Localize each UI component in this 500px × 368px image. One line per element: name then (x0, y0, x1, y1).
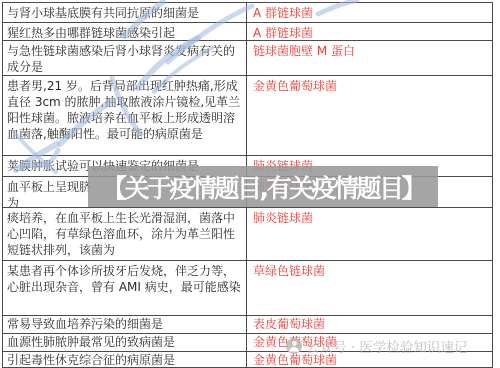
question-cell: 常易导致血培养污染的细菌是 (3, 316, 247, 333)
table-row: 某患者再个体诊所拔牙后发烧，伴乏力等，心脏出现杂音，曾有 AMI 病史，最可能感… (3, 261, 492, 316)
question-cell: 某患者再个体诊所拔牙后发烧，伴乏力等，心脏出现杂音，曾有 AMI 病史，最可能感… (3, 261, 247, 315)
table-row: 与肾小球基底膜有共同抗原的细菌是 A 群链球菌 (3, 3, 492, 23)
question-cell: 猩红热多由哪群链球菌感染引起 (3, 23, 247, 40)
table-row: 猩红热多由哪群链球菌感染引起 A 群链球菌 (3, 23, 492, 41)
account-watermark: 公众号 · 医学检验知识速记 (286, 336, 467, 356)
answer-cell: 肺炎链球菌 (247, 208, 492, 260)
answer-cell: 金黄色葡萄球菌 (247, 76, 492, 155)
official-account-icon (286, 338, 302, 354)
table-row: 与急性链球菌感染后肾小球肾炎发病有关的成分是 链球菌胞壁 M 蛋白 (3, 41, 492, 76)
question-cell: 血源性肺脓肿最常见的致病菌是 (3, 334, 247, 351)
answer-cell: 草绿色链球菌 (247, 261, 492, 315)
question-cell: 痰培养，在血平板上生长光滑湿润，菌落中心凹陷，有草绿色溶血环，涂片为革兰阳性短链… (3, 208, 247, 260)
overlay-title: 【关于疫情题目,有关疫情题目】 (88, 166, 438, 207)
question-cell: 患者男,21 岁。后背局部出现红肿热痛,形成直径 3cm 的脓肿,抽取脓液涂片镜… (3, 76, 247, 155)
table-row: 常易导致血培养污染的细菌是 表皮葡萄球菌 (3, 316, 492, 334)
question-cell: 与肾小球基底膜有共同抗原的细菌是 (3, 3, 247, 22)
answer-cell: 链球菌胞壁 M 蛋白 (247, 41, 492, 75)
table-row: 痰培养，在血平板上生长光滑湿润，菌落中心凹陷，有草绿色溶血环，涂片为革兰阳性短链… (3, 208, 492, 261)
answer-cell: A 群链球菌 (247, 3, 492, 22)
question-cell: 引起毒性休克综合征的病原菌是 (3, 352, 247, 367)
document-page: 与肾小球基底膜有共同抗原的细菌是 A 群链球菌 猩红热多由哪群链球菌感染引起 A… (0, 0, 500, 368)
account-watermark-label: 公众号 · 医学检验知识速记 (306, 336, 467, 356)
question-cell: 与急性链球菌感染后肾小球肾炎发病有关的成分是 (3, 41, 247, 75)
answer-cell: A 群链球菌 (247, 23, 492, 40)
table-row: 患者男,21 岁。后背局部出现红肿热痛,形成直径 3cm 的脓肿,抽取脓液涂片镜… (3, 76, 492, 156)
answer-cell: 表皮葡萄球菌 (247, 316, 492, 333)
